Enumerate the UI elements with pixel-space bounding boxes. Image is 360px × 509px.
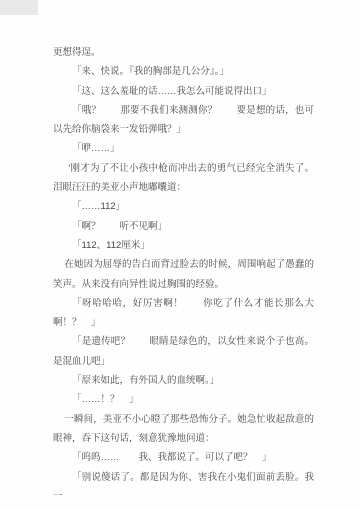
dialogue-line: 「哦？ 那要不我们来测测你？ 要是想的话，也可以先给你脑袋来一发铅弹哦？」: [53, 101, 314, 140]
dialogue-line: 「啊？ 听不见啊」: [53, 217, 314, 236]
narration-line: ’刚才为了不让小孩中枪而冲出去的勇气已经完全消失了。泪眼汪汪的美亚小声地嘟囔道：: [53, 159, 314, 198]
novel-page: 更想得逞。 「来、快说。『我的胸部是几公分』。」 「这、这么羞耻的话……我怎么可…: [0, 0, 360, 509]
dialogue-line: 「呜呜…… 我、我都说了。可以了吧？ 」: [53, 448, 314, 467]
scan-corner-artifact: [0, 0, 38, 15]
dialogue-line: 「……112」: [53, 197, 314, 216]
narration-line: 一瞬间，美亚不小心瞪了那些恐怖分子。她急忙收起敌意的眼神，吞下这句话，刻意犹豫地…: [53, 410, 314, 449]
dialogue-line: 「咿……」: [53, 139, 314, 158]
narration-line: 更想得逞。: [53, 43, 314, 62]
narration-line: 在她因为屈辱的告白而背过脸去的时候，周围响起了愚蠢的笑声。从来没有向异性说过胸围…: [53, 255, 314, 294]
dialogue-line: 「原来如此，有外国人的血统啊。」: [53, 371, 314, 390]
dialogue-line: 「……！？ 」: [53, 390, 314, 409]
dialogue-line: 「别说傻话了。都是因为你、害我在小鬼们面前丢脸。我一: [53, 468, 314, 507]
dialogue-line: 「来、快说。『我的胸部是几公分』。」: [53, 62, 314, 81]
dialogue-line: 「呀哈哈哈，好厉害啊！ 你吃了什么才能长那么大啊！？ 」: [53, 294, 314, 333]
text-column: 更想得逞。 「来、快说。『我的胸部是几公分』。」 「这、这么羞耻的话……我怎么可…: [53, 43, 314, 506]
dialogue-line: 「是遗传吧？ 眼睛是绿色的，以女性来说个子也高。是混血儿吧」: [53, 332, 314, 371]
dialogue-line: 「这、这么羞耻的话……我怎么可能说得出口」: [53, 82, 314, 101]
dialogue-line: 「112、112厘米」: [53, 236, 314, 255]
